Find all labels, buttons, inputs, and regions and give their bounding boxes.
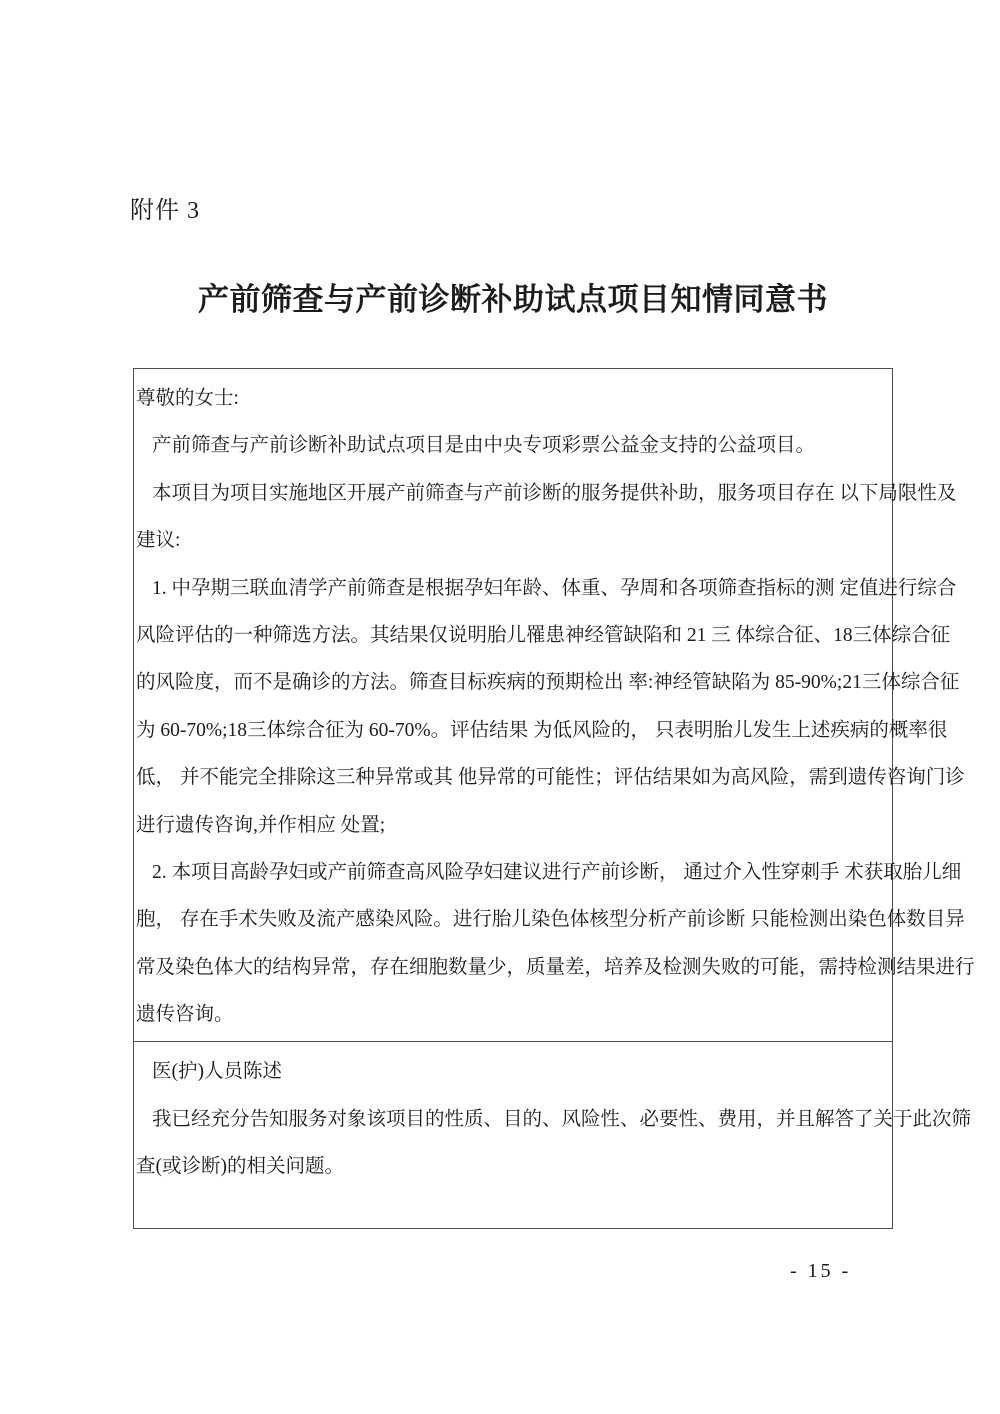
text-line: 进行遗传咨询,并作相应 处置; [136, 802, 892, 849]
text-line: 尊敬的女士: [136, 375, 892, 422]
text-line: 风险评估的一种筛选方法。其结果仅说明胎儿罹患神经管缺陷和 21 三 体综合征、1… [136, 612, 892, 659]
text-line: 建议: [136, 517, 892, 564]
page-title: 产前筛查与产前诊断补助试点项目知情同意书 [133, 274, 893, 319]
text-line: 本项目为项目实施地区开展产前筛查与产前诊断的服务提供补助，服务项目存在 以下局限… [136, 470, 892, 517]
text-line: 的风险度，而不是确诊的方法。筛查目标疾病的预期检出 率:神经管缺陷为 85-90… [136, 659, 892, 706]
text-line: 遗传咨询。 [136, 991, 892, 1038]
attachment-label: 附件 3 [130, 190, 200, 225]
text-line: 我已经充分告知服务对象该项目的性质、目的、风险性、必要性、费用，并且解答了关于此… [136, 1096, 892, 1143]
document-page: 附件 3 产前筛查与产前诊断补助试点项目知情同意书 尊敬的女士:产前筛查与产前诊… [0, 0, 1000, 1414]
page-number: - 15 - [790, 1260, 851, 1283]
text-line: 医(护)人员陈述 [136, 1048, 892, 1095]
text-line: 常及染色体大的结构异常，存在细胞数量少，质量差，培养及检测失败的可能，需持检测结… [136, 944, 892, 991]
text-line: 查(或诊断)的相关问题。 [136, 1143, 892, 1190]
text-line: 产前筛查与产前诊断补助试点项目是由中央专项彩票公益金支持的公益项目。 [136, 422, 892, 469]
consent-box: 尊敬的女士:产前筛查与产前诊断补助试点项目是由中央专项彩票公益金支持的公益项目。… [133, 368, 893, 1229]
medical-staff-statement: 医(护)人员陈述我已经充分告知服务对象该项目的性质、目的、风险性、必要性、费用，… [134, 1042, 892, 1190]
text-line: 低， 并不能完全排除这三种异常或其 他异常的可能性；评估结果如为高风险，需到遗传… [136, 754, 892, 801]
text-line: 2. 本项目高龄孕妇或产前筛查高风险孕妇建议进行产前诊断， 通过介入性穿刺手 术… [136, 849, 892, 896]
text-line: 胞， 存在手术失败及流产感染风险。进行胎儿染色体核型分析产前诊断 只能检测出染色… [136, 896, 892, 943]
consent-main-text: 尊敬的女士:产前筛查与产前诊断补助试点项目是由中央专项彩票公益金支持的公益项目。… [134, 369, 892, 1038]
text-line: 为 60-70%;18三体综合征为 60-70%。评估结果 为低风险的， 只表明… [136, 707, 892, 754]
text-line: 1. 中孕期三联血清学产前筛查是根据孕妇年龄、体重、孕周和各项筛查指标的测 定值… [136, 565, 892, 612]
